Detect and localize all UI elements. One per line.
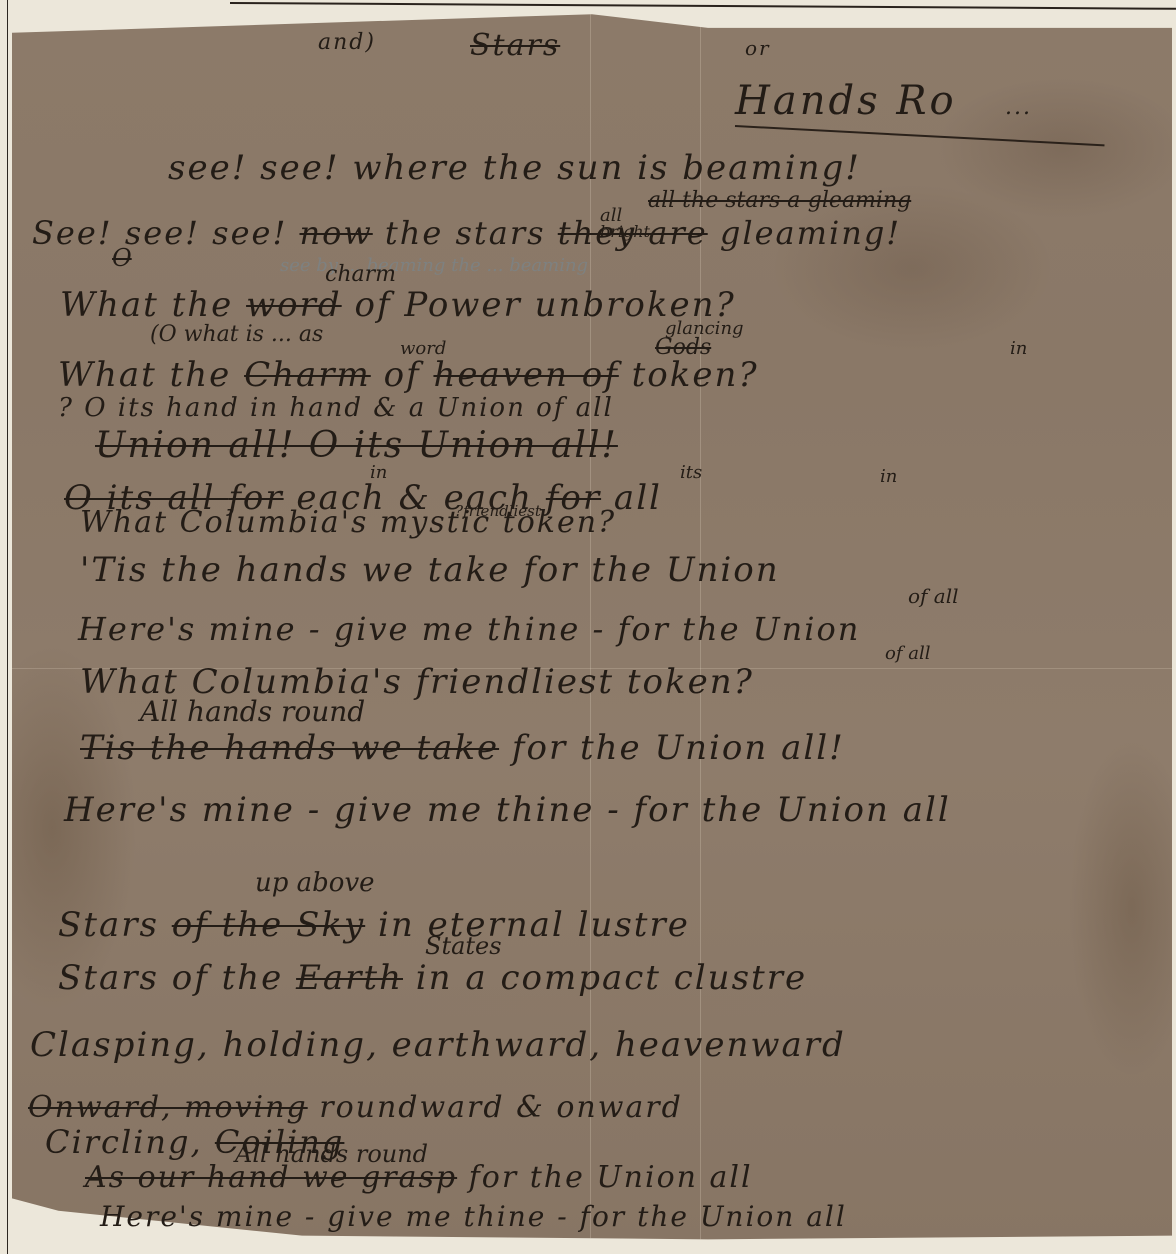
verse-line-15-insert: States	[425, 932, 502, 960]
verse-line-5: ? O its hand in hand & a Union of all	[58, 393, 614, 423]
mount-border-top	[230, 2, 1176, 10]
verse-line-12-end: for the Union all!	[499, 728, 845, 768]
verse-line-17-struck: Onward, moving	[28, 1090, 308, 1125]
verse-line-16: Clasping, holding, earthward, heavenward	[30, 1025, 846, 1065]
verse-line-19-end: for the Union all	[457, 1160, 752, 1195]
verse-line-8: What Columbia's mystic token?	[80, 505, 616, 540]
verse-line-3-start: What the	[60, 285, 246, 325]
verse-line-2-struck-now: now	[299, 214, 372, 252]
verse-line-6-struck: Union all! O its Union all!	[95, 425, 618, 466]
verse-line-4-struck-heaven: heaven of	[433, 355, 618, 395]
verse-line-9: 'Tis the hands we take for the Union	[80, 550, 780, 590]
verse-line-19: As our hand we grasp for the Union all	[85, 1160, 753, 1195]
heading-or: or	[745, 36, 771, 60]
verse-line-4-interlinear: (O what is ... as	[150, 322, 323, 347]
verse-line-3: What the word of Power unbroken?	[60, 285, 736, 325]
verse-line-1: see! see! where the sun is beaming!	[168, 148, 861, 188]
verse-line-2-end: gleaming!	[708, 214, 901, 252]
verse-line-15-struck: Earth	[296, 958, 403, 998]
verse-line-4-end: token?	[619, 355, 759, 395]
verse-line-17: Onward, moving roundward & onward	[28, 1090, 683, 1125]
verse-line-17-end: roundward & onward	[308, 1090, 683, 1125]
mount-border-left	[7, 0, 8, 1254]
verse-line-14: Stars of the Sky in eternal lustre	[58, 905, 690, 945]
verse-line-7-insert-in-2: in	[880, 466, 897, 487]
verse-line-2-struck-insert: all the stars a-gleaming	[648, 188, 911, 213]
verse-line-3-insert-charm: charm	[325, 262, 396, 287]
verse-line-3-struck-O: O	[112, 244, 132, 272]
verse-line-2-mid: the stars	[373, 214, 546, 252]
verse-line-14-start: Stars	[58, 905, 172, 945]
verse-line-14-end: in eternal lustre	[365, 905, 690, 945]
verse-line-2-struck-they-are: they are	[558, 214, 708, 252]
verse-line-15-end: in a compact clustre	[403, 958, 807, 998]
verse-line-15: Stars of the Earth in a compact clustre	[58, 958, 807, 998]
verse-line-3-struck-word: word	[246, 285, 342, 325]
heading-and: and)	[318, 30, 376, 55]
verse-line-4-of: of	[371, 355, 434, 395]
verse-line-10: Here's mine - give me thine - for the Un…	[78, 610, 860, 648]
verse-line-14-insert: up above	[255, 868, 375, 898]
verse-line-18-start: Circling,	[45, 1123, 215, 1161]
verse-line-11-insert: of all	[885, 643, 930, 664]
verse-line-10-insert: of all	[908, 584, 959, 608]
verse-line-19-struck: As our hand we grasp	[85, 1160, 457, 1195]
verse-line-4: What the Charm of heaven of token?	[58, 355, 759, 395]
verse-line-14-struck: of the Sky	[172, 905, 365, 945]
verse-line-12: Tis the hands we take for the Union all!	[80, 728, 845, 768]
verse-line-2-start: See! see! see!	[32, 214, 299, 252]
verse-line-13: Here's mine - give me thine - for the Un…	[64, 790, 951, 830]
verse-line-4-struck-charm: Charm	[244, 355, 371, 395]
verse-line-12-insert: All hands round	[140, 695, 365, 728]
verse-line-20: Here's mine - give me thine - for the Un…	[100, 1200, 847, 1233]
title-torn-continuation: ...	[1005, 95, 1032, 120]
verse-line-4-start: What the	[58, 355, 244, 395]
heading-stars-struck: Stars	[470, 28, 560, 63]
verse-line-12-struck: Tis the hands we take	[80, 728, 499, 768]
verse-line-7-insert-its: its	[680, 462, 702, 483]
verse-line-15-start: Stars of the	[58, 958, 296, 998]
verse-line-4-insert-in: in	[1010, 338, 1027, 359]
verse-line-2: See! see! see! now the stars they are gl…	[32, 214, 901, 252]
manuscript-title: Hands Ro	[735, 78, 957, 124]
